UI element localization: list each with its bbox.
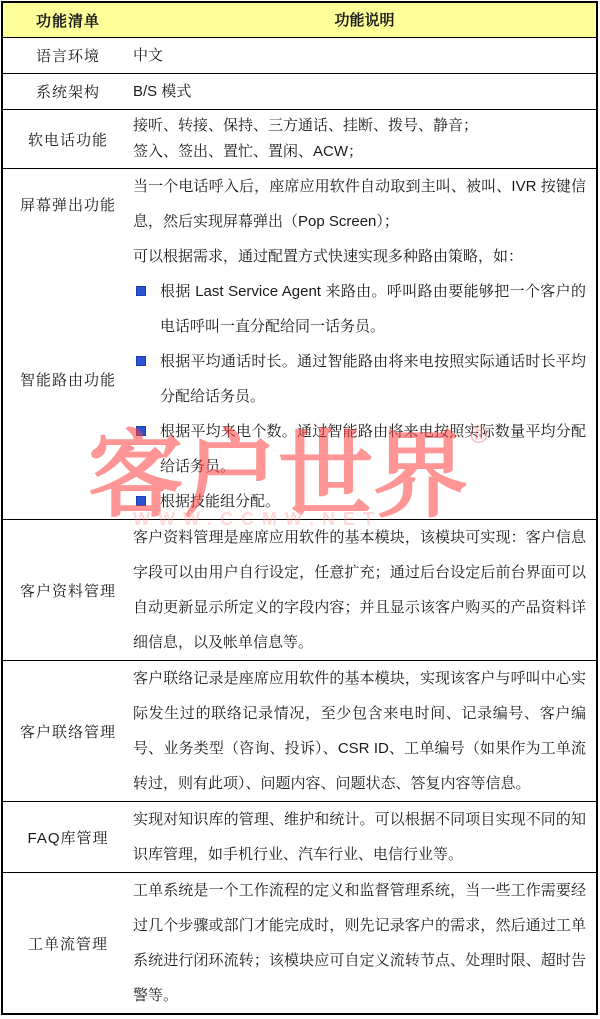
row-description: 中文 — [133, 38, 596, 73]
column-header-function-description: 功能说明 — [133, 3, 596, 38]
row-label: 客户资料管理 — [3, 520, 133, 660]
row-description: 可以根据需求，通过配置方式快速实现多种路由策略，如：根据 Last Servic… — [133, 239, 596, 519]
bullet-item: 根据 Last Service Agent 来路由。呼叫路由要能够把一个客户的电… — [133, 274, 586, 344]
table-row: FAQ库管理实现对知识库的管理、维护和统计。可以根据不同项目实现不同的知识库管理… — [3, 802, 596, 873]
feature-table: 功能清单 功能说明 语言环境中文系统架构B/S 模式软电话功能接听、转接、保持、… — [1, 1, 598, 1015]
description-paragraph: 中文 — [133, 38, 586, 73]
row-label: 客户联络管理 — [3, 661, 133, 801]
column-header-function-list: 功能清单 — [3, 8, 133, 33]
description-paragraph: 可以根据需求，通过配置方式快速实现多种路由策略，如： — [133, 239, 586, 274]
row-description: 工单系统是一个工作流程的定义和监督管理系统，当一些工作需要经过几个步骤或部门才能… — [133, 873, 596, 1013]
table-row: 客户联络管理客户联络记录是座席应用软件的基本模块，实现该客户与呼叫中心实际发生过… — [3, 661, 596, 802]
description-paragraph: 实现对知识库的管理、维护和统计。可以根据不同项目实现不同的知识库管理，如手机行业… — [133, 802, 586, 872]
table-body: 语言环境中文系统架构B/S 模式软电话功能接听、转接、保持、三方通话、挂断、拨号… — [3, 38, 596, 1013]
row-label: 语言环境 — [3, 38, 133, 73]
table-row: 工单流管理工单系统是一个工作流程的定义和监督管理系统，当一些工作需要经过几个步骤… — [3, 873, 596, 1013]
bullet-square-icon — [136, 286, 146, 296]
row-label: 系统架构 — [3, 74, 133, 109]
table-row: 语言环境中文 — [3, 38, 596, 74]
row-description: 客户资料管理是座席应用软件的基本模块，该模块可实现：客户信息字段可以由用户自行设… — [133, 520, 596, 660]
bullet-square-icon — [136, 356, 146, 366]
row-description: 当一个电话呼入后，座席应用软件自动取到主叫、被叫、IVR 按键信息，然后实现屏幕… — [133, 169, 596, 239]
table-row: 软电话功能接听、转接、保持、三方通话、挂断、拨号、静音；签入、签出、置忙、置闲、… — [3, 110, 596, 169]
table-header-row: 功能清单 功能说明 — [3, 3, 596, 38]
row-description: 接听、转接、保持、三方通话、挂断、拨号、静音；签入、签出、置忙、置闲、ACW； — [133, 110, 596, 168]
description-paragraph: B/S 模式 — [133, 74, 586, 109]
bullet-text: 根据平均来电个数。通过智能路由将来电按照实际数量平均分配给话务员。 — [160, 414, 586, 484]
row-label: FAQ库管理 — [3, 802, 133, 872]
description-paragraph: 工单系统是一个工作流程的定义和监督管理系统，当一些工作需要经过几个步骤或部门才能… — [133, 873, 586, 1013]
row-label: 屏幕弹出功能 — [3, 169, 133, 239]
document-page: 功能清单 功能说明 语言环境中文系统架构B/S 模式软电话功能接听、转接、保持、… — [0, 0, 600, 1019]
table-row: 客户资料管理客户资料管理是座席应用软件的基本模块，该模块可实现：客户信息字段可以… — [3, 520, 596, 661]
description-paragraph: 客户资料管理是座席应用软件的基本模块，该模块可实现：客户信息字段可以由用户自行设… — [133, 520, 586, 660]
bullet-item: 根据平均通话时长。通过智能路由将来电按照实际通话时长平均分配给话务员。 — [133, 344, 586, 414]
description-paragraph: 当一个电话呼入后，座席应用软件自动取到主叫、被叫、IVR 按键信息，然后实现屏幕… — [133, 169, 586, 239]
table-row: 系统架构B/S 模式 — [3, 74, 596, 110]
bullet-square-icon — [136, 496, 146, 506]
row-description: B/S 模式 — [133, 74, 596, 109]
table-row: 智能路由功能可以根据需求，通过配置方式快速实现多种路由策略，如：根据 Last … — [3, 239, 596, 520]
row-description: 实现对知识库的管理、维护和统计。可以根据不同项目实现不同的知识库管理，如手机行业… — [133, 802, 596, 872]
bullet-item: 根据技能组分配。 — [133, 484, 586, 519]
bullet-text: 根据 Last Service Agent 来路由。呼叫路由要能够把一个客户的电… — [160, 274, 586, 344]
bullet-item: 根据平均来电个数。通过智能路由将来电按照实际数量平均分配给话务员。 — [133, 414, 586, 484]
bullet-text: 根据技能组分配。 — [160, 484, 586, 519]
table-row: 屏幕弹出功能当一个电话呼入后，座席应用软件自动取到主叫、被叫、IVR 按键信息，… — [3, 169, 596, 239]
bullet-square-icon — [136, 426, 146, 436]
description-paragraph: 签入、签出、置忙、置闲、ACW； — [133, 139, 586, 165]
row-label: 智能路由功能 — [3, 239, 133, 519]
description-paragraph: 接听、转接、保持、三方通话、挂断、拨号、静音； — [133, 113, 586, 139]
row-label: 软电话功能 — [3, 110, 133, 168]
row-description: 客户联络记录是座席应用软件的基本模块，实现该客户与呼叫中心实际发生过的联络记录情… — [133, 661, 596, 801]
row-label: 工单流管理 — [3, 873, 133, 1013]
description-paragraph: 客户联络记录是座席应用软件的基本模块，实现该客户与呼叫中心实际发生过的联络记录情… — [133, 661, 586, 801]
bullet-text: 根据平均通话时长。通过智能路由将来电按照实际通话时长平均分配给话务员。 — [160, 344, 586, 414]
